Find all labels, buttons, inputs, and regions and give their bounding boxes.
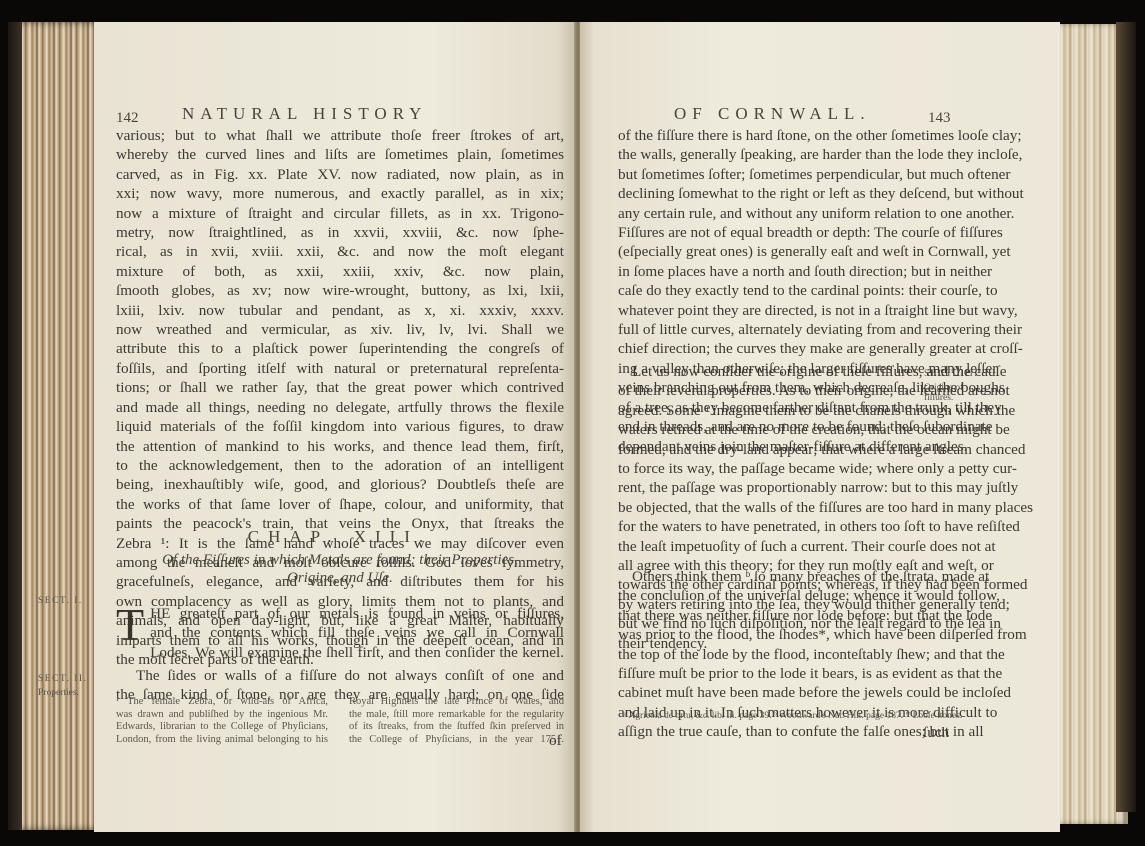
text-line: fiſſure muſt be prior to the lode it bea… bbox=[618, 664, 948, 683]
text-line: for the waters to have penetrated, in ot… bbox=[618, 517, 948, 536]
text-line: various; but to what ſhall we attribute … bbox=[116, 126, 564, 145]
text-line: (eſpecially great ones) is generally eaſ… bbox=[618, 242, 948, 261]
open-book: 142 NATURAL HISTORY various; but to what… bbox=[8, 14, 1136, 834]
text-line: the concluſion of the univerſal deluge; … bbox=[618, 586, 948, 605]
text-line: full of little curves, alternately devia… bbox=[618, 320, 948, 339]
text-line: Edwards, librarian to the College of Phy… bbox=[116, 721, 328, 734]
text-line: Others think them ᵇ ſo many breaches of … bbox=[618, 567, 948, 586]
text-line: to the acknowledgement, then to the ador… bbox=[116, 456, 564, 475]
right-page: OF CORNWALL. 143 of the fiſſure there is… bbox=[580, 22, 1060, 832]
text-line: London, from the living animal belonging… bbox=[116, 734, 328, 747]
text-line: foſſils, and ſporting itſelf with natura… bbox=[116, 359, 564, 378]
section-1-text: T HE greateſt part of our metals is foun… bbox=[116, 604, 564, 662]
text-line: carved, as in Fig. xx. Plate XV. now rad… bbox=[116, 165, 564, 184]
text-line: declining ſomewhat to the right or left … bbox=[618, 184, 948, 203]
catchword-left: of bbox=[549, 732, 562, 750]
margin-sect-2: SECT. II. bbox=[38, 673, 87, 685]
text-line: liquid materials of the foſſil kingdom i… bbox=[116, 417, 564, 436]
page-number-right: 143 bbox=[928, 110, 951, 127]
text-line: Royal Highneſs the late Prince of Wales,… bbox=[349, 696, 564, 709]
text-line: rical, as in xvii, xviii. xxii, &c. and … bbox=[116, 242, 564, 261]
footnote-col-2: Royal Highneſs the late Prince of Wales,… bbox=[349, 696, 564, 746]
running-head-right: OF CORNWALL. bbox=[674, 104, 871, 124]
text-line: the attention of mankind to his works, a… bbox=[116, 437, 564, 456]
text-line: rent, the paſſage was proportionably nar… bbox=[618, 478, 948, 497]
text-line: aſſign the true cauſe, than to confute t… bbox=[618, 722, 948, 741]
text-line: whereby the curved lines and liſts are ſ… bbox=[116, 145, 564, 164]
right-footnotes: ᵃ Agricola de ortu, &c. lib. iii. page 3… bbox=[624, 710, 948, 723]
text-line: now a mixture of ſtraight and circular f… bbox=[116, 204, 564, 223]
text-line: tions; or ſhall we rather ſay, that the … bbox=[116, 378, 564, 397]
footnote-col-1: ¹ The female Zebra, or wild-aſs of Afric… bbox=[116, 696, 328, 746]
text-line: be objected, that the walls of the fiſſu… bbox=[618, 498, 948, 517]
chapter-subtitle-2: Origine, and Uſe. bbox=[116, 570, 564, 587]
text-line: now wreathed and vermicular, as xiv. liv… bbox=[116, 320, 564, 339]
left-page: 142 NATURAL HISTORY various; but to what… bbox=[94, 22, 576, 832]
text-line: whatever point they are directed, is not… bbox=[618, 301, 948, 320]
text-line: mixture of both, as xxii, xxiii, xxiv, &… bbox=[116, 262, 564, 281]
text-line: the works of that ſame lover of ſhape, c… bbox=[116, 495, 564, 514]
margin-sect-1: SECT. I. bbox=[38, 595, 83, 607]
text-line: the male, ſtill more remarkable for the … bbox=[349, 709, 564, 722]
text-line: being, inexhauſtibly wiſe, good, and glo… bbox=[116, 475, 564, 494]
text-line: ſmooth globes, as xv; now wire-wrought, … bbox=[116, 281, 564, 300]
text-line: cabinet muſt have been made before the j… bbox=[618, 683, 948, 702]
text-line: waters retired at the time of the creati… bbox=[618, 420, 948, 439]
page-number-left: 142 bbox=[116, 110, 139, 127]
text-line: Fiſſures are not of equal breadth or dep… bbox=[618, 223, 948, 242]
text-line: metry, now ſtraightlined, as in xxvii, x… bbox=[116, 223, 564, 242]
text-line: caſe do they exactly tend to the cardina… bbox=[618, 281, 948, 300]
margin-properties: Properties. bbox=[38, 687, 79, 699]
text-line: but ſometimes ſofter; ſometimes perpendi… bbox=[618, 165, 948, 184]
right-cover-edge bbox=[1116, 22, 1136, 812]
text-line: any certain rule, and without any unifor… bbox=[618, 204, 948, 223]
text-line: chief direction; the curves they make ar… bbox=[618, 339, 948, 358]
chapter-subtitle-1: Of the Fiſſures in which Metals are foun… bbox=[116, 552, 564, 569]
left-body-text: various; but to what ſhall we attribute … bbox=[116, 126, 564, 669]
drop-cap: T bbox=[116, 606, 144, 646]
text-line: in ſome places have a north and ſouth di… bbox=[618, 262, 948, 281]
text-line: was drawn and publiſhed by the ingenious… bbox=[116, 709, 328, 722]
text-line: attribute this to a plaſtick power ſuper… bbox=[116, 339, 564, 358]
text-line: that there was neither fiſſure nor lode … bbox=[618, 606, 948, 625]
chapter-heading: CHAP. XIII. bbox=[116, 527, 564, 547]
text-line: xxi; now wavy, more numerous, and exactl… bbox=[116, 184, 564, 203]
text-line: of the fiſſure there is hard ſtone, on t… bbox=[618, 126, 948, 145]
text-line: Let us now conſider the origine of theſe… bbox=[618, 362, 948, 381]
text-line: lxiii, lxiv. now tubular and pendant, as… bbox=[116, 301, 564, 320]
catchword-right: ſuch bbox=[923, 724, 949, 742]
text-line: agreed. Some ᵃ imagine them to be the ch… bbox=[618, 401, 948, 420]
text-line: the leaſt impetuoſity of ſuch a current.… bbox=[618, 537, 948, 556]
running-head-left: NATURAL HISTORY bbox=[182, 104, 427, 124]
text-line: formed, and the dry-land appear; that wh… bbox=[618, 440, 948, 459]
text-line: to force its way, the paſſage became wid… bbox=[618, 459, 948, 478]
left-cover-edge bbox=[8, 22, 22, 830]
text-line: of their ſeveral properties. As to their… bbox=[618, 381, 948, 400]
text-line: the top of the lode by the flood, incont… bbox=[618, 645, 948, 664]
text-line: the College of Phyſicians, in the year 1… bbox=[349, 734, 564, 747]
text-line: ¹ The female Zebra, or wild-aſs of Afric… bbox=[116, 696, 328, 709]
text-line: and made all things, needing no delegate… bbox=[116, 398, 564, 417]
text-line: was prior to the flood, the ſhodes*, whi… bbox=[618, 625, 948, 644]
text-line: the walls, generally ſpeaking, are harde… bbox=[618, 145, 948, 164]
text-line: of its ſtreaks, from the ſtuffed ſkin pr… bbox=[349, 721, 564, 734]
